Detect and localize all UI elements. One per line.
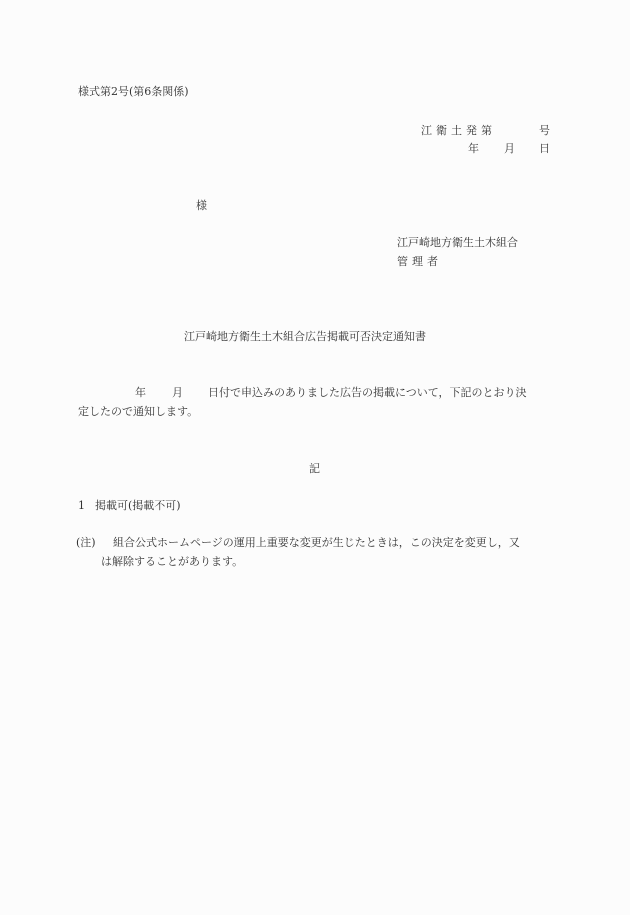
note-line1: 組合公式ホームページの運用上重要な変更が生じたときは，この決定を変更し，又 [113,536,520,550]
issuer-title: 管理者 [397,255,442,269]
reference-day: 日 [539,142,550,156]
ki-heading: 記 [309,462,320,476]
body-line1: 日付で申込みのありました広告の掲載について，下記のとおり決 [208,386,527,400]
form-label: 様式第2号(第6条関係) [78,85,189,99]
reference-prefix: 江衛土発第 [421,124,496,138]
note-label: (注) [76,536,96,550]
item1-text: 掲載可(掲載不可) [95,499,181,513]
body-year: 年 [135,386,146,400]
body-month: 月 [172,386,183,400]
reference-month: 月 [504,142,515,156]
reference-number-suffix: 号 [539,124,550,138]
item1-number: 1 [78,499,85,513]
issuer-organization: 江戸崎地方衛生土木組合 [397,236,518,250]
document-title: 江戸崎地方衛生土木組合広告掲載可否決定通知書 [184,330,426,344]
reference-year: 年 [468,142,479,156]
body-line2: 定したので通知します。 [78,405,198,419]
note-line2: は解除することがあります。 [101,555,243,569]
addressee-suffix: 様 [196,199,207,213]
